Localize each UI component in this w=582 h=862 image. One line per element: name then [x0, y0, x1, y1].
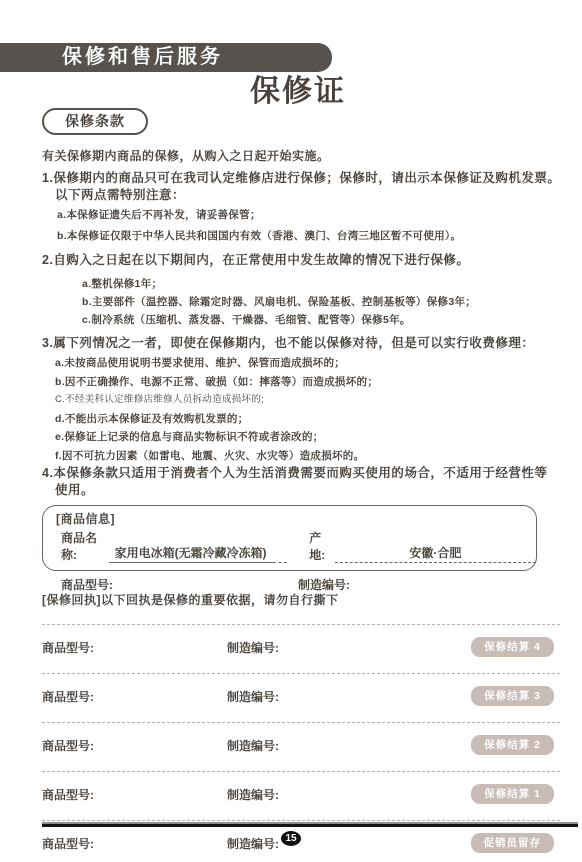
receipt-model-label: 商品型号: [42, 737, 94, 754]
section-header-title: 保修和售后服务 [62, 46, 223, 68]
warranty-terms-pill-label: 保修条款 [65, 113, 125, 129]
product-info-box: [商品信息] 商品名称: 家用电冰箱(无霜冷藏冷冻箱) 产地: 安徽·合肥 商品… [42, 505, 537, 571]
receipt-serial-label: 制造编号: [227, 786, 279, 803]
page-footer: 15 [0, 822, 582, 846]
product-name-label: 商品名称: [61, 529, 109, 563]
term-2-sub-a: a.整机保修1年； [82, 275, 582, 293]
warranty-terms-pill: 保修条款 [42, 108, 148, 135]
receipt-badge-settlement-1: 保修结算 1 [471, 784, 554, 804]
term-4-line-2: 使用。 [55, 482, 582, 499]
term-1-line-1: 1.保修期内的商品只可在我司认定维修店进行保修；保修时，请出示本保修证及购机发票… [42, 170, 582, 187]
term-3-sub-b: b.因不正确操作、电源不正常、破损（如：摔落等）而造成损坏的； [55, 373, 582, 392]
term-1-sub-b: b.本保修证仅限于中华人民共和国国内有效（香港、澳门、台湾三地区暂不可使用）。 [57, 227, 582, 246]
footer-double-rule [42, 822, 578, 827]
term-2-sub-b: b.主要部件（温控器、除霜定时器、风扇电机、保险基板、控制基板等）保修3年； [82, 293, 582, 311]
term-1-line-2: 以下两点需特别注意： [55, 187, 582, 204]
term-3-sub-d: d.不能出示本保修证及有效购机发票的； [55, 410, 582, 429]
term-3-sub-a: a.未按商品使用说明书要求使用、维护、保管而造成损坏的； [55, 354, 582, 373]
receipt-badge-settlement-3: 保修结算 3 [471, 686, 554, 706]
receipt-row-1: 商品型号: 制造编号: 保修结算 4 [42, 624, 560, 657]
origin-value: 安徽·合肥 [409, 546, 461, 560]
receipt-model-label: 商品型号: [42, 639, 94, 656]
term-4-line-1: 4.本保修条款只适用于消费者个人为生活消费需要而购买使用的场合，不适用于经营性等 [42, 465, 582, 482]
term-3-sub-e: e.保修证上记录的信息与商品实物标识不符或者涂改的； [55, 428, 582, 447]
term-3-sub-c: C.不经美科认定维修店维修人员拆动造成损坏的; [55, 391, 582, 410]
product-info-box-title: [商品信息] [56, 510, 536, 527]
term-2-sub-c: c.制冷系统（压缩机、蒸发器、干燥器、毛细管、配管等）保修5年。 [82, 311, 582, 329]
page-number-badge: 15 [281, 831, 301, 846]
product-info-row-1: 商品名称: 家用电冰箱(无霜冷藏冷冻箱) 产地: 安徽·合肥 [61, 529, 536, 563]
receipt-serial-label: 制造编号: [227, 688, 279, 705]
receipt-badge-settlement-4: 保修结算 4 [471, 637, 554, 657]
receipt-row-2: 商品型号: 制造编号: 保修结算 3 [42, 673, 560, 706]
receipt-model-label: 商品型号: [42, 688, 94, 705]
section-header-bar: 保修和售后服务 [0, 43, 332, 72]
warranty-certificate-page: 保修和售后服务 保修证 保修条款 有关保修期内商品的保修，从购入之日起开始实施。… [0, 43, 582, 853]
product-name-underline-tail [273, 549, 288, 563]
receipt-serial-label: 制造编号: [227, 737, 279, 754]
receipt-badge-settlement-2: 保修结算 2 [471, 735, 554, 755]
warranty-receipt-heading: [保修回执]以下回执是保修的重要依据，请勿自行撕下 [42, 591, 582, 608]
product-name-value: 家用电冰箱(无霜冷藏冷冻箱) [109, 544, 273, 563]
receipt-serial-label: 制造编号: [227, 639, 279, 656]
receipt-row-4: 商品型号: 制造编号: 保修结算 1 [42, 771, 560, 804]
origin-label: 产地: [309, 529, 335, 563]
term-1-sub-a: a.本保修证遗失后不再补发，请妥善保管； [57, 206, 582, 225]
origin-value-line: 安徽·合肥 [335, 544, 536, 563]
term-3-line-1: 3.属下列情况之一者，即使在保修期内，也不能以保修对待，但是可以实行收费修理： [42, 335, 582, 352]
term-2-line-1: 2.自购入之日起在以下期间内，在正常使用中发生故障的情况下进行保修。 [42, 252, 582, 269]
intro-text: 有关保修期内商品的保修，从购入之日起开始实施。 [42, 147, 582, 164]
receipt-row-3: 商品型号: 制造编号: 保修结算 2 [42, 722, 560, 755]
page-title: 保修证 [250, 76, 346, 108]
term-3-sub-f: f.因不可抗力因素（如雷电、地震、火灾、水灾等）造成损坏的。 [55, 447, 582, 466]
receipt-model-label: 商品型号: [42, 786, 94, 803]
